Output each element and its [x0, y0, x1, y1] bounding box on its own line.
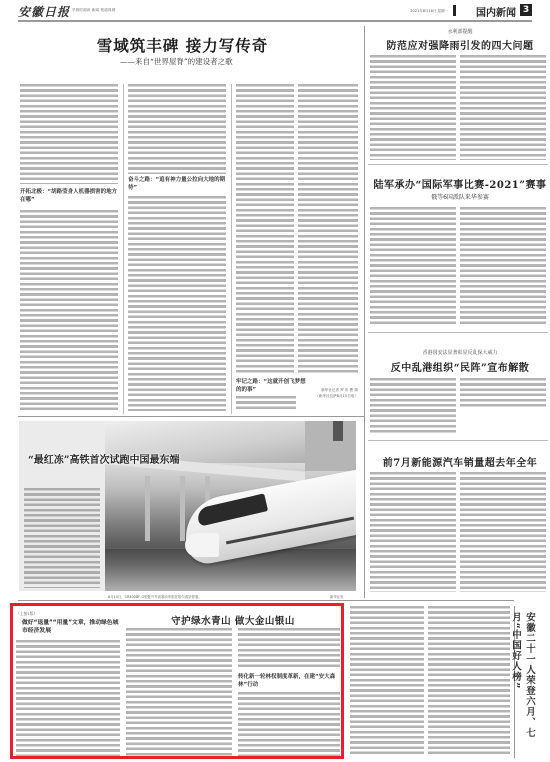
vertical-headline[interactable]: 安徽二十一人荣登六月、七月“中国好人榜” [518, 612, 536, 757]
photo-caption: 8月15日，CR400BF-G型复兴号高寒动车组在哈尔滨站停靠。 [108, 594, 308, 599]
lead-byline: 新华社记者 罗 布 曹 婧 [290, 388, 358, 393]
story-body [460, 378, 546, 408]
story-body [460, 55, 546, 160]
lead-body-col-2b [128, 196, 226, 411]
lead-body-col-3b [298, 84, 358, 374]
story-divider [368, 440, 548, 441]
page-number: 3 [520, 4, 532, 16]
story-body [370, 55, 456, 160]
catenary-mast [333, 421, 343, 441]
lead-subhead-2: 奋斗之路：“追有神力量公拉向大地的期待” [128, 176, 226, 192]
column-rule [123, 84, 124, 414]
lead-subheadline: ——来自“世界屋脊”的建设者之歌 [120, 56, 233, 67]
story-body [460, 207, 546, 325]
story-body [460, 472, 546, 592]
photo-credit: 新华社发 [330, 594, 344, 599]
story-body [370, 378, 456, 433]
masthead-slogan: 早晨时阅读 新闻 报道同城 [72, 8, 115, 13]
issue-date: 2021年8月16日 星期一 [410, 9, 448, 14]
photo-divider [18, 416, 364, 417]
section-divider [364, 26, 365, 598]
train-nose [185, 533, 219, 557]
story-headline[interactable]: 陆军承办“国际军事比赛-2021”赛事 [370, 176, 550, 191]
story-subheadline: 俄等6国派队来华参赛 [370, 192, 550, 201]
lead-dateline: （新华社拉萨8月15日电） [290, 394, 358, 399]
lead-body-col-3c [236, 396, 296, 410]
newspaper-logo: 安徽日报 [18, 3, 70, 20]
story-headline[interactable]: 前7月新能源汽车销量超去年全年 [370, 454, 550, 469]
highlighted-subhead: 转化新一轮林权制度革新，在建“安大森林”行动 [238, 673, 338, 689]
platform-pillar [145, 476, 150, 541]
column-rule [231, 84, 232, 414]
story-body [428, 606, 510, 756]
story-kicker: 香港国安法显著彰显反乱保大威力 [370, 349, 550, 356]
lead-body-col-3a [236, 84, 294, 374]
story-body [370, 207, 456, 325]
story-kicker: 水利部提醒 [370, 28, 550, 35]
section-marker [453, 5, 456, 16]
lead-body-col-1b [20, 210, 118, 410]
photo-story-body [24, 488, 100, 588]
lead-body-col-2a [128, 84, 226, 174]
story-divider [368, 332, 548, 333]
highlighted-body [16, 640, 120, 756]
platform-pillar [180, 476, 185, 541]
section-title: 国内新闻 [476, 4, 516, 19]
train-photo[interactable] [105, 421, 356, 591]
story-divider [368, 164, 548, 165]
highlighted-body [126, 628, 232, 756]
continued-kicker: （上接1版） [16, 611, 37, 617]
lead-subhead-1: 开拓北极：“胡路莹身人机器损害的地方在哪” [20, 188, 118, 204]
story-body [370, 472, 456, 592]
highlighted-body [238, 692, 340, 756]
sky-area [305, 421, 356, 471]
highlighted-body [238, 628, 340, 668]
highlighted-headline[interactable]: 守护绿水青山 做大金山银山 [128, 613, 338, 627]
story-headline[interactable]: 防范应对强降雨引发的四大问题 [370, 37, 550, 52]
lead-headline[interactable]: 雪域筑丰碑 接力写传奇 [0, 34, 365, 56]
masthead: 安徽日报 早晨时阅读 新闻 报道同城 2021年8月16日 星期一 国内新闻 3 [18, 0, 532, 22]
bottom-divider [18, 600, 514, 601]
photo-headline[interactable]: “最红冻”高铁首次试跑中国最东端 [28, 451, 180, 466]
story-body [350, 606, 424, 756]
story-headline[interactable]: 反中乱港组织“民阵”宣布解散 [370, 359, 550, 374]
lead-body-col-1a [20, 84, 118, 184]
highlighted-left-headline: 做好“退量”“用量”文章，推动绿色城市经济发展 [22, 619, 122, 635]
